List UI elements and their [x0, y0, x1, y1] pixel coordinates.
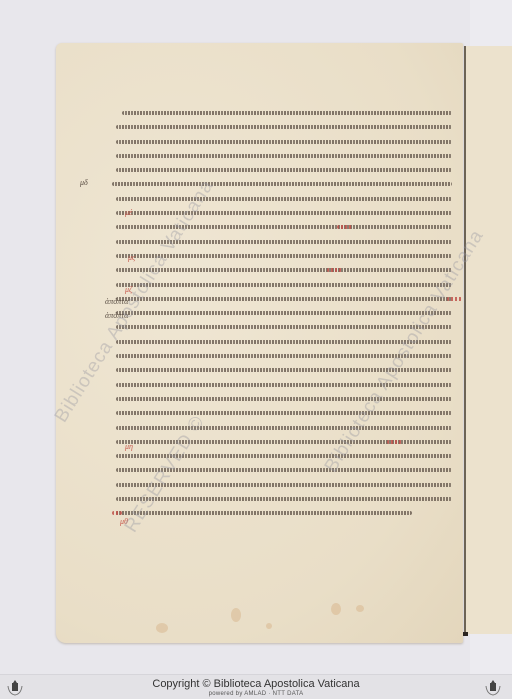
handwritten-text [122, 111, 452, 115]
copyright-text: Copyright © Biblioteca Apostolica Vatica… [0, 678, 512, 690]
rubric-initial [112, 511, 122, 515]
rubric-initial [337, 225, 352, 229]
text-line [112, 306, 457, 320]
foxing-stain [356, 605, 364, 612]
margin-note: μδ [80, 178, 88, 187]
foxing-stain [231, 608, 241, 622]
handwritten-text [116, 211, 452, 215]
text-line [112, 435, 457, 449]
text-line [112, 406, 457, 420]
handwritten-text [116, 154, 452, 158]
text-line [112, 135, 457, 149]
handwritten-text [116, 426, 452, 430]
handwritten-text [112, 182, 452, 186]
handwritten-text [116, 197, 452, 201]
rubric-initial [387, 440, 402, 444]
handwritten-text [116, 383, 452, 387]
binding-mark [463, 632, 468, 636]
foxing-stain [331, 603, 341, 615]
handwritten-text [116, 125, 452, 129]
text-line [112, 378, 457, 392]
text-line [112, 192, 457, 206]
handwritten-text [116, 283, 452, 287]
margin-note-rubric: μς [128, 253, 135, 262]
text-line [112, 278, 457, 292]
text-line [112, 506, 457, 520]
foxing-stain [156, 623, 168, 633]
foxing-stain [266, 623, 272, 629]
text-line [112, 163, 457, 177]
text-line [112, 421, 457, 435]
handwritten-text [116, 297, 452, 301]
handwritten-text [116, 325, 452, 329]
handwritten-text [116, 168, 452, 172]
margin-note-rubric: μη [125, 442, 133, 451]
text-line [112, 392, 457, 406]
text-line [112, 149, 457, 163]
margin-note-rubric: μέ [125, 208, 132, 217]
text-line [112, 106, 457, 120]
facing-page [464, 46, 512, 634]
handwritten-text [116, 397, 452, 401]
powered-by-text: powered by AMLAD · NTT DATA [0, 691, 512, 697]
text-line [112, 206, 457, 220]
handwritten-text [116, 511, 412, 515]
handwritten-text [116, 140, 452, 144]
text-line [112, 177, 457, 191]
footer-bar: Copyright © Biblioteca Apostolica Vatica… [0, 674, 512, 699]
image-viewer[interactable]: μδ μέ μς μζ ἀπόπτα ἀπόπτα μη μθ Bibliote… [0, 0, 512, 674]
handwritten-text [116, 411, 452, 415]
text-line [112, 120, 457, 134]
handwritten-text [116, 497, 452, 501]
handwritten-text [116, 311, 452, 315]
vatican-emblem-icon [484, 678, 502, 696]
rubric-initial [327, 268, 342, 272]
text-line [112, 292, 457, 306]
